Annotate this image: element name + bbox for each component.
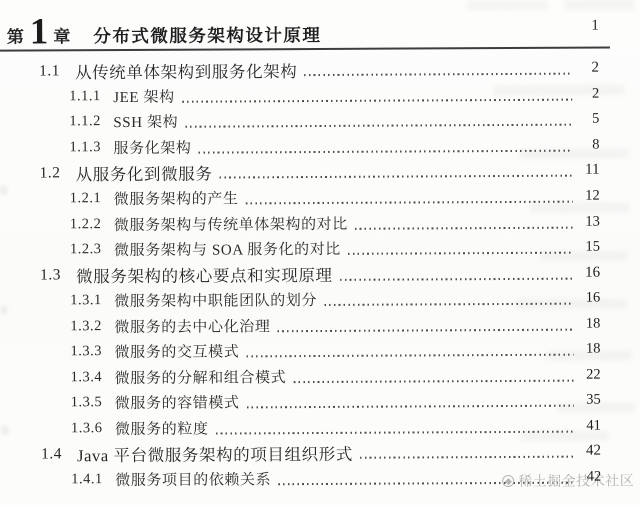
toc-entry-title: 服务化架构 <box>113 137 191 158</box>
toc-leader-dots <box>348 251 573 255</box>
toc-entry-number: 1.3 <box>40 266 76 284</box>
toc-entry-page: 8 <box>577 136 599 153</box>
toc-entry-number: 1.3.5 <box>71 394 115 411</box>
toc-entry: 1.2.2 微服务架构与传统单体架构的对比 13 <box>0 209 640 238</box>
chapter-page-number: 1 <box>591 18 599 35</box>
chapter-number: 1 <box>30 15 49 49</box>
toc-entry: 1.3.5 微服务的容错模式 35 <box>1 387 640 416</box>
toc-leader-dots <box>324 302 573 306</box>
toc-entry-page: 15 <box>578 239 600 256</box>
toc-entry: 1.4.1 微服务项目的依赖关系 42 <box>1 464 640 493</box>
toc-entry-number: 1.3.1 <box>70 292 114 309</box>
toc-entry-page: 5 <box>577 111 599 128</box>
toc-entry-title: JEE 架构 <box>113 86 175 107</box>
toc-entry-title: Java 平台微服务架构的项目组织形式 <box>77 441 353 466</box>
toc-entry-page: 41 <box>579 417 601 434</box>
toc-entry-page: 42 <box>579 443 601 460</box>
toc-entry-number: 1.2.2 <box>70 216 114 233</box>
toc-entry: 1.3.6 微服务的粒度 41 <box>1 413 640 442</box>
toc-entry-title: 微服务的交互模式 <box>114 341 239 363</box>
toc-leader-dots <box>293 379 573 383</box>
toc-entry-number: 1.3.4 <box>71 369 115 386</box>
toc-entry-page: 16 <box>578 264 600 281</box>
toc-entry: 1.1.2 SSH 架构 5 <box>0 106 639 135</box>
toc-entry-title: 微服务的分解和组合模式 <box>115 366 287 388</box>
toc-leader-dots <box>355 225 573 229</box>
toc-entry-title: 微服务架构的核心要点和实现原理 <box>76 262 333 287</box>
toc-entry-number: 1.2 <box>40 164 76 182</box>
toc-leader-dots <box>360 455 574 459</box>
toc-leader-dots <box>185 123 572 128</box>
toc-entry: 1.4 Java 平台微服务架构的项目组织形式 42 <box>1 439 640 468</box>
toc-leader-dots <box>182 97 572 102</box>
toc-entry-title: 从传统单体架构到服务化架构 <box>75 58 297 83</box>
toc-entry-title: 微服务的容错模式 <box>115 392 240 414</box>
toc-entry-page: 12 <box>578 188 600 205</box>
toc-entry: 1.1.3 服务化架构 8 <box>0 132 640 161</box>
toc-entry-title: 微服务项目的依赖关系 <box>115 468 271 490</box>
toc-entry: 1.3 微服务架构的核心要点和实现原理 16 <box>0 260 640 289</box>
book-page-scan: 第 1 章 分布式微服务架构设计原理 1 1.1 从传统单体架构到服务化架构 2… <box>0 0 640 505</box>
toc-leader-dots <box>247 404 574 409</box>
toc-entry-page: 2 <box>577 60 599 77</box>
toc-entry: 1.1 从传统单体架构到服务化架构 2 <box>0 55 639 84</box>
toc-entry: 1.3.4 微服务的分解和组合模式 22 <box>1 362 640 391</box>
toc-entry: 1.3.1 微服务架构中职能团队的划分 16 <box>0 285 640 314</box>
toc-entry-page: 42 <box>579 469 601 486</box>
toc-entry-title: 微服务架构中职能团队的划分 <box>114 289 317 311</box>
toc-entry: 1.2.1 微服务架构的产生 12 <box>0 183 640 212</box>
toc-entry-title: 从服务化到微服务 <box>76 161 213 186</box>
toc-entry-number: 1.3.3 <box>70 343 114 360</box>
toc-entry-title: SSH 架构 <box>113 111 178 132</box>
toc-entry-title: 微服务架构与传统单体架构的对比 <box>114 212 348 234</box>
toc-leader-dots <box>304 72 572 76</box>
toc-entry-page: 11 <box>578 162 600 179</box>
toc-entry-page: 2 <box>577 85 599 102</box>
chapter-header: 第 1 章 分布式微服务架构设计原理 <box>7 8 322 50</box>
toc-entry: 1.3.3 微服务的交互模式 18 <box>0 336 640 365</box>
toc-leader-dots <box>198 149 572 154</box>
toc-leader-dots <box>340 276 574 280</box>
toc-entry-number: 1.2.1 <box>70 190 114 207</box>
toc-leader-dots <box>216 430 574 435</box>
toc-entry-page: 35 <box>579 392 601 409</box>
toc-entry-page: 22 <box>579 366 601 383</box>
toc-list: 1.1 从传统单体架构到服务化架构 2 1.1.1 JEE 架构 2 1.1.2… <box>0 55 640 493</box>
toc-entry-number: 1.4.1 <box>71 471 115 488</box>
toc-entry-page: 16 <box>578 290 600 307</box>
toc-entry-number: 1.3.2 <box>70 318 114 335</box>
toc-leader-dots <box>246 200 573 205</box>
toc-entry-number: 1.1.3 <box>69 139 113 156</box>
toc-entry-page: 13 <box>578 213 600 230</box>
toc-entry: 1.3.2 微服务的去中心化治理 18 <box>0 311 640 340</box>
toc-leader-dots <box>219 174 572 179</box>
chapter-prefix: 第 <box>7 30 25 50</box>
bleedthrough-artifact <box>565 0 635 11</box>
toc-entry: 1.2 从服务化到微服务 11 <box>0 158 640 187</box>
toc-entry-title: 微服务架构的产生 <box>114 187 239 209</box>
toc-entry: 1.2.3 微服务架构与 SOA 服务化的对比 15 <box>0 234 640 263</box>
toc-entry-page: 18 <box>578 315 600 332</box>
toc-entry: 1.1.1 JEE 架构 2 <box>0 81 639 110</box>
bleedthrough-artifact <box>467 0 549 10</box>
toc-entry-number: 1.1.2 <box>69 113 113 130</box>
toc-leader-dots <box>278 481 574 486</box>
toc-entry-page: 18 <box>578 341 600 358</box>
toc-entry-title: 微服务的粒度 <box>115 418 209 439</box>
toc-leader-dots <box>277 327 573 332</box>
toc-entry-title: 微服务架构与 SOA 服务化的对比 <box>114 238 341 260</box>
toc-entry-number: 1.1 <box>39 62 75 80</box>
chapter-suffix: 章 <box>53 29 71 49</box>
toc-entry-number: 1.3.6 <box>71 420 115 437</box>
toc-entry-title: 微服务的去中心化治理 <box>114 315 270 337</box>
toc-entry-number: 1.1.1 <box>69 88 113 105</box>
chapter-title: 分布式微服务架构设计原理 <box>93 27 321 49</box>
toc-entry-number: 1.2.3 <box>70 241 114 258</box>
toc-entry-number: 1.4 <box>41 445 77 463</box>
toc-leader-dots <box>246 353 573 358</box>
